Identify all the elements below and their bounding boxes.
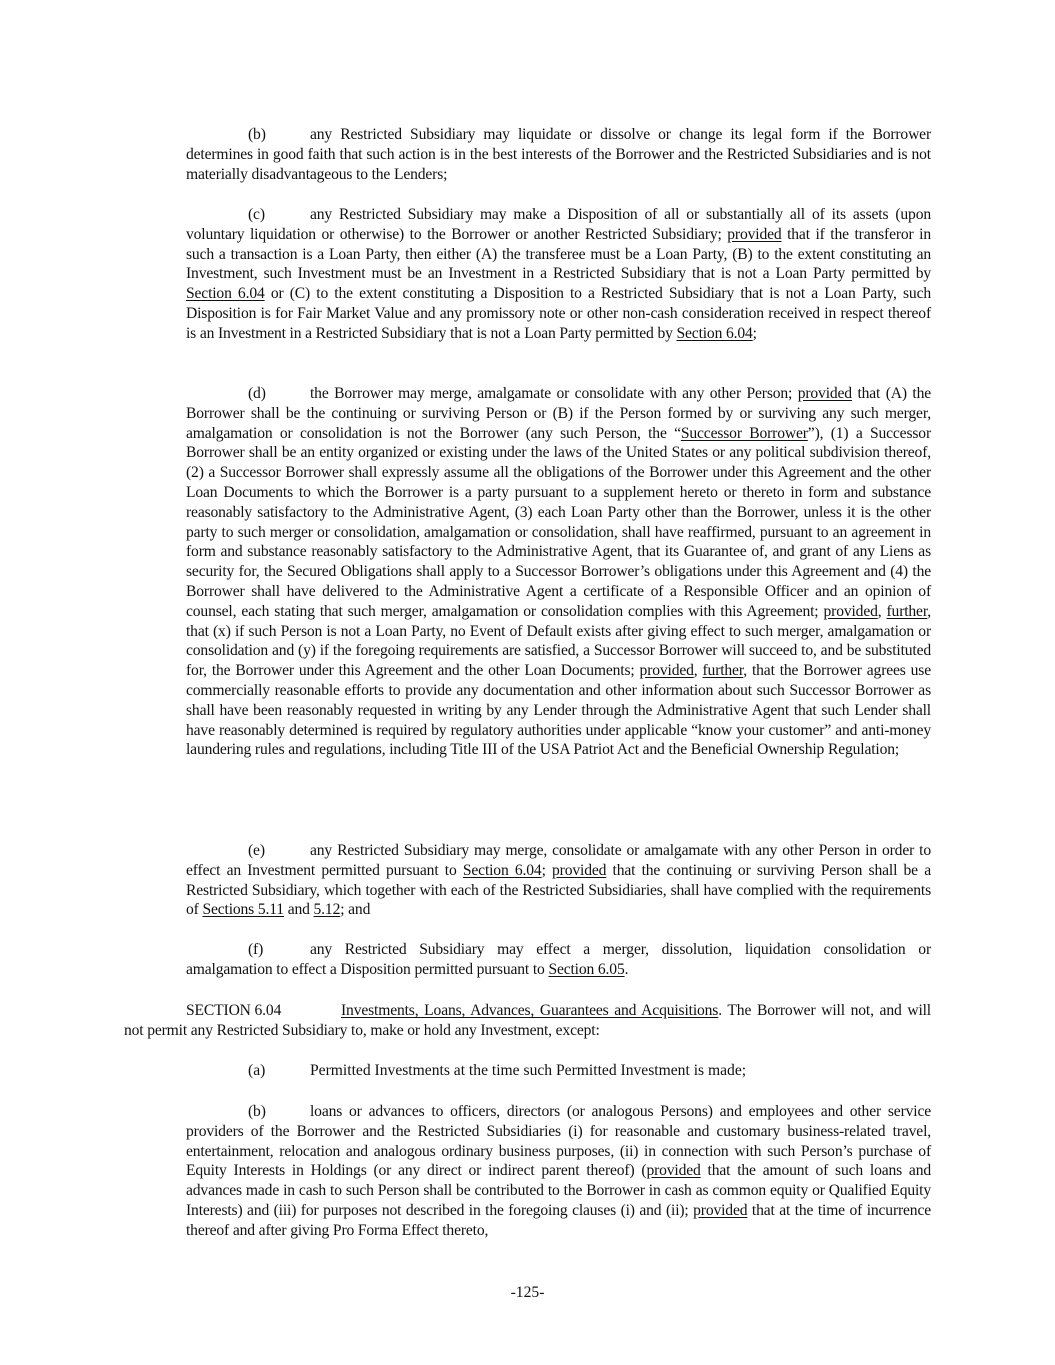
clause-label: (a) xyxy=(248,1061,310,1081)
cross-reference: provided xyxy=(646,1162,700,1179)
clause-label: (d) xyxy=(248,384,310,404)
clause-6-03-b: (b)any Restricted Subsidiary may liquida… xyxy=(186,125,931,184)
clause-text: any Restricted Subsidiary may make a Dis… xyxy=(186,206,931,342)
cross-reference: provided xyxy=(640,662,694,679)
document-page: (b)any Restricted Subsidiary may liquida… xyxy=(0,0,1055,1365)
text-run: and xyxy=(284,901,314,918)
page-number: -125- xyxy=(0,1284,1055,1302)
text-run: , xyxy=(878,603,887,620)
cross-reference: provided xyxy=(727,226,781,243)
text-run: ; xyxy=(542,862,552,879)
text-run: ; xyxy=(753,325,757,342)
cross-reference: further xyxy=(703,662,744,679)
cross-reference: Sections 5.11 xyxy=(202,901,284,918)
cross-reference: Section 6.04 xyxy=(186,285,265,302)
section-6-04-a: (a)Permitted Investments at the time suc… xyxy=(248,1061,746,1081)
cross-reference: provided xyxy=(798,385,852,402)
section-6-04-b: (b)loans or advances to officers, direct… xyxy=(186,1102,931,1241)
clause-6-03-c: (c)any Restricted Subsidiary may make a … xyxy=(186,205,931,344)
clause-label: (c) xyxy=(248,205,310,225)
cross-reference: provided xyxy=(552,862,606,879)
text-run: ; and xyxy=(340,901,370,918)
section-6-04-heading: SECTION 6.04Investments, Loans, Advances… xyxy=(124,1001,931,1041)
clause-text: loans or advances to officers, directors… xyxy=(186,1103,931,1239)
clause-label: (b) xyxy=(248,125,310,145)
text-run: . xyxy=(625,961,629,978)
cross-reference: provided xyxy=(693,1202,747,1219)
cross-reference: 5.12 xyxy=(314,901,341,918)
clause-label: (f) xyxy=(248,940,310,960)
cross-reference: Section 6.04 xyxy=(677,325,753,342)
clause-text: the Borrower may merge, amalgamate or co… xyxy=(186,385,931,758)
cross-reference: Section 6.05 xyxy=(548,961,624,978)
section-number: SECTION 6.04 xyxy=(186,1001,341,1021)
text-run: the Borrower may merge, amalgamate or co… xyxy=(310,385,798,402)
cross-reference: provided xyxy=(824,603,878,620)
clause-text: Permitted Investments at the time such P… xyxy=(310,1062,746,1079)
text-run: Permitted Investments at the time such P… xyxy=(310,1062,746,1079)
text-run: or (C) to the extent constituting a Disp… xyxy=(186,285,931,342)
clause-6-03-f: (f)any Restricted Subsidiary may effect … xyxy=(186,940,931,980)
cross-reference: Section 6.04 xyxy=(463,862,542,879)
clause-label: (b) xyxy=(248,1102,310,1122)
cross-reference: further xyxy=(887,603,928,620)
clause-label: (e) xyxy=(248,841,310,861)
section-title: Investments, Loans, Advances, Guarantees… xyxy=(341,1002,718,1019)
text-run: , xyxy=(694,662,703,679)
clause-6-03-d: (d)the Borrower may merge, amalgamate or… xyxy=(186,384,931,760)
text-run: ”), (1) a Successor Borrower shall be an… xyxy=(186,425,931,620)
clause-6-03-e: (e)any Restricted Subsidiary may merge, … xyxy=(186,841,931,920)
cross-reference: Successor Borrower xyxy=(681,425,808,442)
